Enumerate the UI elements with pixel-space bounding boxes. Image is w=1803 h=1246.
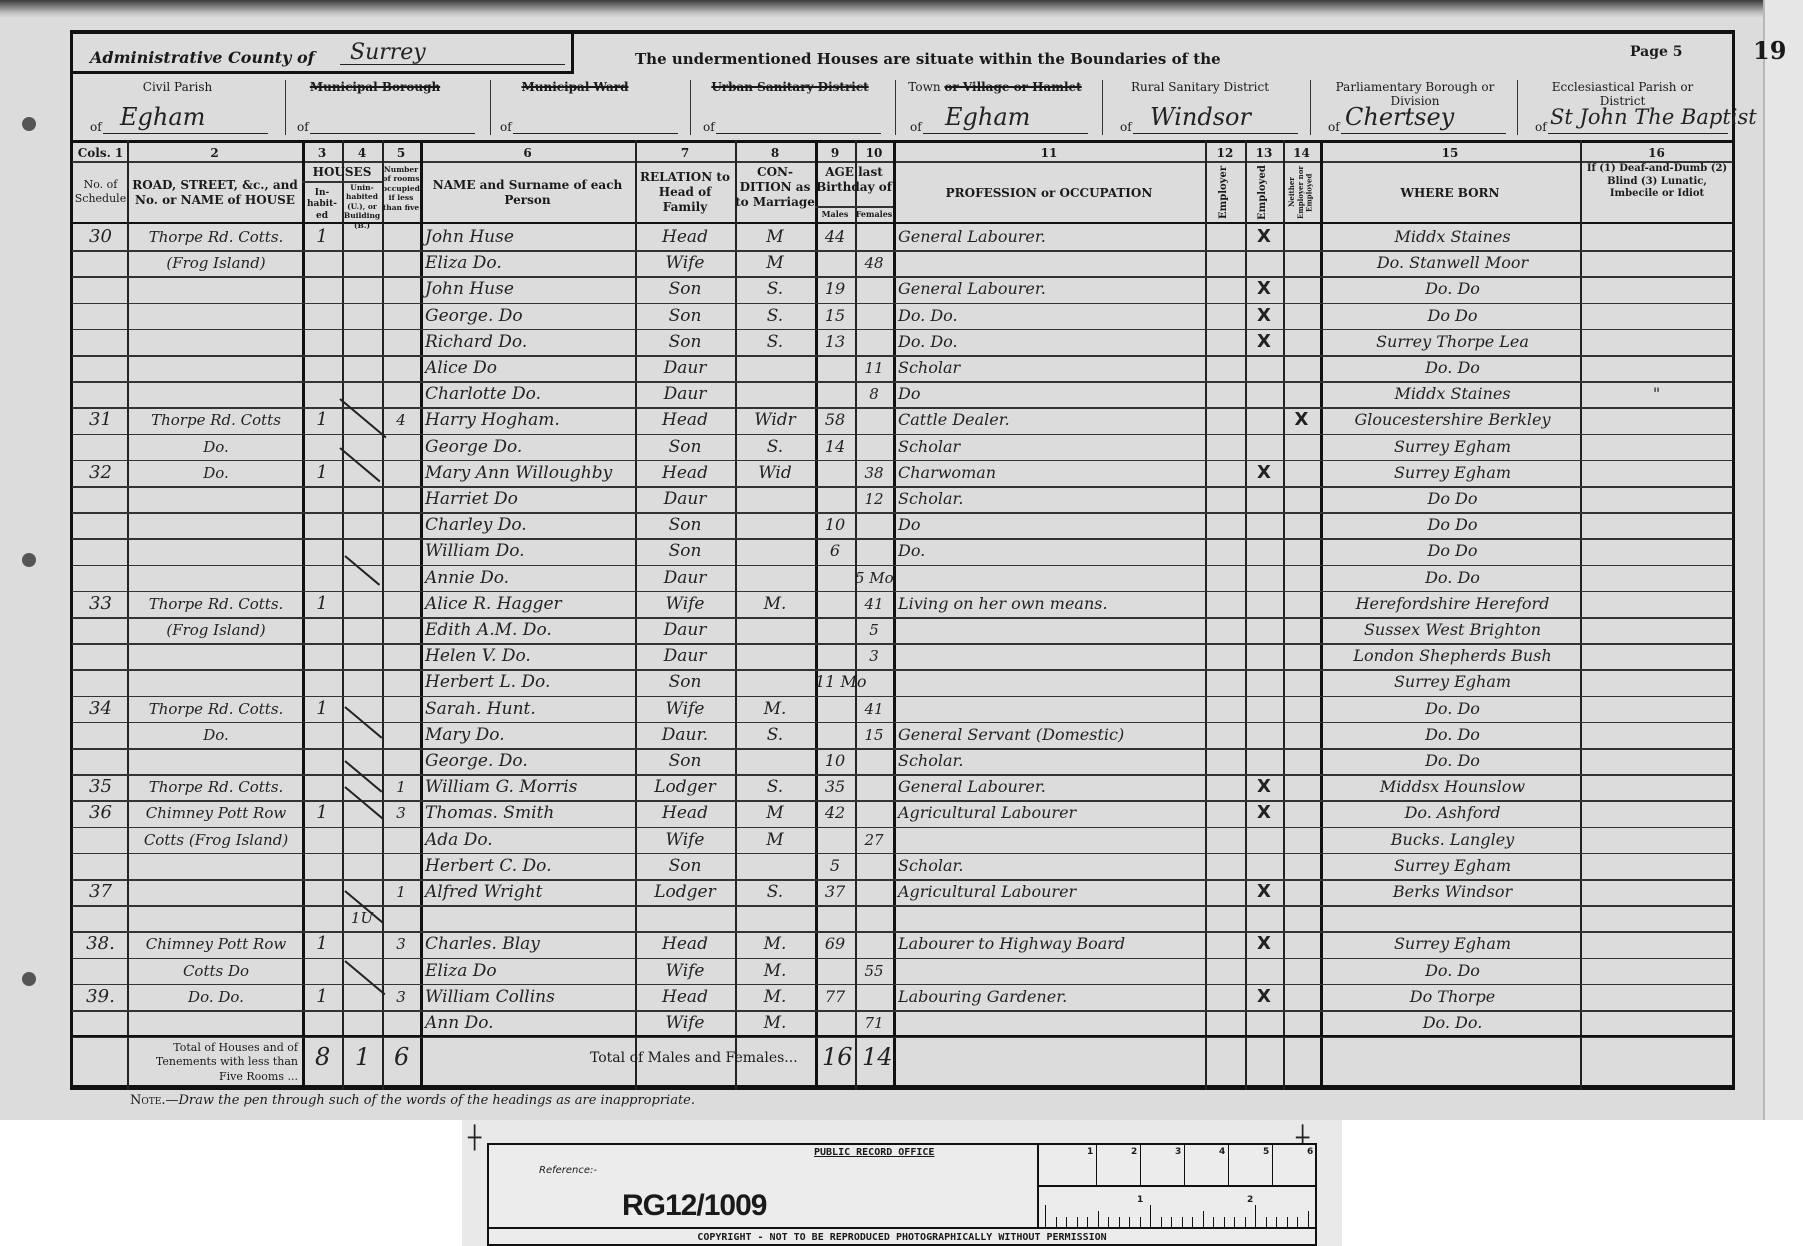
cell-inf: [1580, 696, 1733, 722]
cell-uninhab: [342, 329, 382, 355]
cell-m-age: 10: [815, 748, 855, 774]
cell-road: [130, 669, 302, 695]
cell-sched: [74, 512, 127, 538]
cell-occ: Do. Do.: [898, 329, 1205, 355]
rural-sanitary-label: Rural Sanitary District: [1110, 80, 1290, 94]
cell-neither: [1283, 512, 1320, 538]
cell-m-age: 37: [815, 879, 855, 905]
cell-uninhab: [342, 931, 382, 957]
cell-rooms: [382, 722, 420, 748]
cell-neither: [1283, 617, 1320, 643]
cell-born: Do. Do: [1325, 565, 1580, 591]
cell-sched: [74, 434, 127, 460]
cell-occ: Labouring Gardener.: [898, 984, 1205, 1010]
ruler-tick: 2: [1140, 1145, 1141, 1187]
cell-born: Gloucestershire Berkley: [1325, 407, 1580, 433]
cell-sched: 34: [74, 696, 127, 722]
cell-road: [130, 381, 302, 407]
cell-f-age: 38: [855, 460, 893, 486]
scale-ruler: 123456 12: [1037, 1145, 1317, 1227]
cell-born: Sussex West Brighton: [1325, 617, 1580, 643]
cell-sched: 32: [74, 460, 127, 486]
cell-rel: Daur: [635, 355, 735, 381]
town-value: Egham: [945, 103, 1030, 131]
cell-f-age: [855, 538, 893, 564]
cell-inf: [1580, 1010, 1733, 1036]
cell-rooms: [382, 748, 420, 774]
cell-f-age: 71: [855, 1010, 893, 1036]
field-underline: [513, 133, 678, 134]
cell-occ: [898, 565, 1205, 591]
cell-rel: Wife: [635, 696, 735, 722]
cell-emp-r: [1205, 565, 1245, 591]
cell-sched: 36: [74, 800, 127, 826]
header-road: ROAD, STREET, &c., and No. or NAME of HO…: [130, 178, 300, 208]
cell-cond: Wid: [735, 460, 815, 486]
cell-inf: [1580, 565, 1733, 591]
cell-rel: Daur: [635, 486, 735, 512]
cell-emp-r: [1205, 224, 1245, 250]
cell-road: [130, 643, 302, 669]
cell-rooms: [382, 512, 420, 538]
cell-f-age: [855, 669, 893, 695]
cell-m-age: 42: [815, 800, 855, 826]
cell-m-age: [815, 617, 855, 643]
ruler-minor-tick: [1213, 1217, 1214, 1227]
cell-born: Middx Staines: [1325, 381, 1580, 407]
ruler-minor-tick: [1150, 1205, 1151, 1227]
cell-neither: [1283, 984, 1320, 1010]
cell-sched: 38.: [74, 931, 127, 957]
cell-emp-r: [1205, 329, 1245, 355]
cell-uninhab: [342, 1010, 382, 1036]
cell-rel: Wife: [635, 250, 735, 276]
cell-sched: 35: [74, 774, 127, 800]
colnum: 6: [420, 146, 635, 160]
cell-born: Do. Do: [1325, 958, 1580, 984]
cell-f-age: [855, 276, 893, 302]
cell-rel: Son: [635, 329, 735, 355]
cell-m-age: 10: [815, 512, 855, 538]
cell-rel: Lodger: [635, 879, 735, 905]
cell-f-age: 5: [855, 617, 893, 643]
colnum: 8: [735, 146, 815, 160]
cell-neither: [1283, 774, 1320, 800]
cell-inhab: [302, 905, 342, 931]
cell-name: Mary Do.: [425, 722, 635, 748]
cell-uninhab: [342, 355, 382, 381]
ruler-minor-tick: [1266, 1217, 1267, 1227]
cell-occ: Agricultural Labourer: [898, 800, 1205, 826]
cell-neither: [1283, 486, 1320, 512]
cell-emp-d: X: [1245, 931, 1283, 957]
cell-inf: [1580, 460, 1733, 486]
cell-inhab: 1: [302, 984, 342, 1010]
cell-rel: Head: [635, 984, 735, 1010]
cell-emp-r: [1205, 486, 1245, 512]
cell-neither: [1283, 538, 1320, 564]
cell-cond: M.: [735, 1010, 815, 1036]
cell-m-age: [815, 643, 855, 669]
ruler-minor-tick: [1161, 1217, 1162, 1227]
cell-born: [1325, 905, 1580, 931]
cell-sched: [74, 669, 127, 695]
colnum: 16: [1580, 146, 1733, 160]
rural-sanitary-value: Windsor: [1150, 103, 1251, 131]
cell-sched: [74, 827, 127, 853]
cell-m-age: [815, 696, 855, 722]
cell-inhab: [302, 512, 342, 538]
ruler-tick: 5: [1272, 1145, 1273, 1187]
cell-f-age: [855, 853, 893, 879]
cell-occ: Cattle Dealer.: [898, 407, 1205, 433]
cell-m-age: 77: [815, 984, 855, 1010]
ruler-cm-label: 1: [1137, 1195, 1143, 1205]
colnum: 9: [815, 146, 855, 160]
cell-rooms: 1: [382, 879, 420, 905]
cell-inhab: [302, 434, 342, 460]
cell-rooms: [382, 276, 420, 302]
cell-neither: [1283, 827, 1320, 853]
municipal-borough-label: Municipal Borough: [300, 80, 450, 94]
cell-born: Do Do: [1325, 512, 1580, 538]
cell-neither: [1283, 722, 1320, 748]
cell-sched: [74, 1010, 127, 1036]
cell-occ: Do: [898, 512, 1205, 538]
cell-f-age: [855, 931, 893, 957]
cell-inf: [1580, 984, 1733, 1010]
page-number: Page 5: [1630, 44, 1683, 60]
cell-m-age: [815, 565, 855, 591]
cell-rooms: [382, 486, 420, 512]
cell-emp-r: [1205, 774, 1245, 800]
cell-neither: [1283, 303, 1320, 329]
cell-cond: [735, 355, 815, 381]
header-name: NAME and Surname of each Person: [420, 178, 635, 208]
of-label: of: [1535, 120, 1547, 134]
cell-inf: [1580, 434, 1733, 460]
cell-occ: Scholar.: [898, 486, 1205, 512]
cell-occ: [898, 696, 1205, 722]
cell-name: Eliza Do: [425, 958, 635, 984]
cell-emp-d: X: [1245, 774, 1283, 800]
cell-occ: [898, 1010, 1205, 1036]
cell-neither: [1283, 748, 1320, 774]
reference-label: Reference:-: [539, 1165, 597, 1176]
cell-road: Thorpe Rd. Cotts: [130, 407, 302, 433]
cell-inf: [1580, 224, 1733, 250]
cell-inf: [1580, 905, 1733, 931]
cell-neither: [1283, 800, 1320, 826]
cell-born: Surrey Egham: [1325, 669, 1580, 695]
cell-name: Alice R. Hagger: [425, 591, 635, 617]
field-underline: [310, 133, 475, 134]
cell-rel: Wife: [635, 827, 735, 853]
colnum: Cols. 1: [74, 146, 127, 160]
cell-emp-d: [1245, 381, 1283, 407]
cell-neither: [1283, 1010, 1320, 1036]
cell-name: John Huse: [425, 224, 635, 250]
cell-inf: ": [1580, 381, 1733, 407]
ruler-minor-tick: [1066, 1217, 1067, 1227]
divider: [895, 80, 896, 135]
cell-emp-r: [1205, 381, 1245, 407]
divider: [1517, 80, 1518, 135]
of-label: of: [1328, 120, 1340, 134]
cell-sched: [74, 538, 127, 564]
ruler-minor-tick: [1056, 1217, 1057, 1227]
cell-road: [130, 538, 302, 564]
cell-inf: [1580, 958, 1733, 984]
cell-name: Charlotte Do.: [425, 381, 635, 407]
cell-neither: [1283, 381, 1320, 407]
ruler-tick: 3: [1184, 1145, 1185, 1187]
cell-inf: [1580, 486, 1733, 512]
divider: [1310, 80, 1311, 135]
cell-rooms: 4: [382, 407, 420, 433]
ruler-minor-tick: [1119, 1217, 1120, 1227]
header-age: AGE last Birthday of: [815, 165, 893, 195]
cell-inf: [1580, 355, 1733, 381]
cell-cond: S.: [735, 434, 815, 460]
cell-road: [130, 879, 302, 905]
county-value: Surrey: [350, 40, 426, 65]
cell-rooms: [382, 643, 420, 669]
cell-m-age: [815, 1010, 855, 1036]
header-relation: RELATION to Head of Family: [635, 170, 735, 215]
cell-rooms: [382, 1010, 420, 1036]
cell-m-age: [815, 958, 855, 984]
cell-uninhab: [342, 669, 382, 695]
cell-born: Do. Stanwell Moor: [1325, 250, 1580, 276]
cell-born: Do. Do: [1325, 696, 1580, 722]
cell-occ: Do: [898, 381, 1205, 407]
cell-born: Middx Staines: [1325, 224, 1580, 250]
colnum: 2: [127, 146, 302, 160]
cell-rel: Head: [635, 407, 735, 433]
colnum: 11: [893, 146, 1205, 160]
cell-rooms: [382, 669, 420, 695]
cell-born: Do. Do.: [1325, 1010, 1580, 1036]
cell-emp-r: [1205, 512, 1245, 538]
cell-f-age: [855, 905, 893, 931]
ruler-minor-tick: [1140, 1217, 1141, 1227]
colnum: 14: [1283, 146, 1320, 160]
ruler-minor-tick: [1182, 1217, 1183, 1227]
ruler-minor-tick: [1276, 1217, 1277, 1227]
divider: [490, 80, 491, 135]
cell-rooms: [382, 958, 420, 984]
cell-inhab: 1: [302, 407, 342, 433]
cell-born: Do. Do: [1325, 355, 1580, 381]
cell-cond: [735, 512, 815, 538]
cell-name: Ann Do.: [425, 1010, 635, 1036]
cell-inf: [1580, 329, 1733, 355]
binder-hole-icon: [22, 117, 36, 131]
cell-born: Herefordshire Hereford: [1325, 591, 1580, 617]
cell-occ: Scholar.: [898, 853, 1205, 879]
cell-cond: M: [735, 827, 815, 853]
cell-m-age: [815, 460, 855, 486]
cell-m-age: 19: [815, 276, 855, 302]
cell-m-age: [815, 355, 855, 381]
cell-neither: [1283, 565, 1320, 591]
cell-rel: Lodger: [635, 774, 735, 800]
cell-cond: [735, 905, 815, 931]
cell-rel: Wife: [635, 591, 735, 617]
cell-inhab: [302, 722, 342, 748]
of-label: of: [500, 120, 512, 134]
cell-sched: 37: [74, 879, 127, 905]
totals-houses-label: Total of Houses and of Tenements with le…: [130, 1041, 298, 1084]
cell-emp-d: [1245, 643, 1283, 669]
column-divider: [893, 140, 896, 1090]
cell-born: Berks Windsor: [1325, 879, 1580, 905]
cell-occ: Living on her own means.: [898, 591, 1205, 617]
cell-emp-r: [1205, 303, 1245, 329]
cell-road: Do.: [130, 722, 302, 748]
cell-name: Helen V. Do.: [425, 643, 635, 669]
municipal-ward-label: Municipal Ward: [500, 80, 650, 94]
cell-inhab: [302, 669, 342, 695]
header-where-born: WHERE BORN: [1320, 186, 1580, 201]
cell-born: Do Thorpe: [1325, 984, 1580, 1010]
ruler-minor-tick: [1129, 1217, 1130, 1227]
cell-name: Edith A.M. Do.: [425, 617, 635, 643]
cell-rel: Son: [635, 669, 735, 695]
cell-rooms: [382, 538, 420, 564]
cell-emp-r: [1205, 643, 1245, 669]
footnote: Note.—Draw the pen through such of the w…: [130, 1093, 695, 1108]
cell-cond: S.: [735, 329, 815, 355]
cell-name: Herbert L. Do.: [425, 669, 635, 695]
ruler-inches: 123456: [1039, 1145, 1317, 1187]
ruler-minor-tick: [1045, 1205, 1046, 1227]
cell-road: Cotts (Frog Island): [130, 827, 302, 853]
cell-occ: Scholar: [898, 355, 1205, 381]
cell-occ: General Labourer.: [898, 774, 1205, 800]
cell-m-age: [815, 250, 855, 276]
cell-born: Do Do: [1325, 303, 1580, 329]
ruler-tick: 1: [1096, 1145, 1097, 1187]
ruler-minor-tick: [1087, 1217, 1088, 1227]
cell-inf: [1580, 669, 1733, 695]
cell-emp-r: [1205, 722, 1245, 748]
cell-m-age: 69: [815, 931, 855, 957]
cell-sched: [74, 748, 127, 774]
cell-rooms: [382, 381, 420, 407]
ruler-label: 3: [1175, 1147, 1181, 1157]
cell-uninhab: [342, 617, 382, 643]
cell-emp-d: [1245, 853, 1283, 879]
header-condition: CON-DITION as to Marriage: [735, 165, 815, 210]
cell-inhab: 1: [302, 591, 342, 617]
cell-inhab: [302, 355, 342, 381]
ecclesiastical-value: St John The Baptist: [1550, 105, 1757, 129]
cell-neither: [1283, 696, 1320, 722]
cell-rooms: [382, 696, 420, 722]
cell-neither: [1283, 434, 1320, 460]
cell-occ: Scholar.: [898, 748, 1205, 774]
cell-f-age: [855, 434, 893, 460]
cell-rel: [635, 905, 735, 931]
ruler-label: 2: [1131, 1147, 1137, 1157]
cell-born: Surrey Thorpe Lea: [1325, 329, 1580, 355]
cell-rooms: [382, 565, 420, 591]
total-rooms: 6: [394, 1043, 409, 1071]
cell-uninhab: [342, 643, 382, 669]
cell-f-age: 55: [855, 958, 893, 984]
cell-neither: [1283, 276, 1320, 302]
cell-m-age: 58: [815, 407, 855, 433]
cell-inhab: [302, 643, 342, 669]
cell-emp-d: [1245, 434, 1283, 460]
cell-uninhab: [342, 460, 382, 486]
cell-occ: Do. Do.: [898, 303, 1205, 329]
ruler-tick: 6: [1316, 1145, 1317, 1187]
column-divider: [127, 140, 129, 1090]
cell-inf: [1580, 931, 1733, 957]
cell-emp-r: [1205, 984, 1245, 1010]
cell-neither: [1283, 931, 1320, 957]
cell-inhab: [302, 617, 342, 643]
totals-rule: [72, 1035, 1733, 1037]
cell-inhab: [302, 276, 342, 302]
cell-inhab: 1: [302, 696, 342, 722]
cell-uninhab: [342, 381, 382, 407]
ruler-minor-tick: [1224, 1217, 1225, 1227]
cell-emp-r: [1205, 853, 1245, 879]
cell-inhab: 1: [302, 460, 342, 486]
cell-m-age: 14: [815, 434, 855, 460]
cell-born: Middsx Hounslow: [1325, 774, 1580, 800]
record-office-stamp: PUBLIC RECORD OFFICE Reference:- RG12/10…: [487, 1143, 1317, 1246]
cell-cond: [735, 669, 815, 695]
header-employed: Employed: [1257, 165, 1270, 220]
colnum: 13: [1245, 146, 1283, 160]
cell-rooms: [382, 460, 420, 486]
cell-rooms: [382, 591, 420, 617]
cell-road: (Frog Island): [130, 617, 302, 643]
cell-name: Richard Do.: [425, 329, 635, 355]
cell-emp-d: [1245, 958, 1283, 984]
cell-emp-r: [1205, 355, 1245, 381]
header-neither: Neither Employer nor Employed: [1288, 165, 1316, 220]
cell-road: Cotts Do: [130, 958, 302, 984]
cell-road: Thorpe Rd. Cotts.: [130, 224, 302, 250]
cell-name: Ada Do.: [425, 827, 635, 853]
cell-born: Do Do: [1325, 486, 1580, 512]
cell-rel: Daur: [635, 565, 735, 591]
cell-f-age: 48: [855, 250, 893, 276]
cell-f-age: [855, 407, 893, 433]
cell-emp-d: X: [1245, 224, 1283, 250]
cell-name: William Do.: [425, 538, 635, 564]
cell-occ: General Labourer.: [898, 276, 1205, 302]
ruler-minor-tick: [1171, 1217, 1172, 1227]
cell-inf: [1580, 853, 1733, 879]
field-underline: [716, 133, 881, 134]
cell-inhab: [302, 774, 342, 800]
cell-name: Eliza Do.: [425, 250, 635, 276]
cell-emp-d: [1245, 905, 1283, 931]
cell-inhab: [302, 748, 342, 774]
colnum: 12: [1205, 146, 1245, 160]
cell-road: [130, 905, 302, 931]
cell-emp-r: [1205, 800, 1245, 826]
cell-neither: [1283, 250, 1320, 276]
colnum-rule: [72, 161, 1733, 163]
